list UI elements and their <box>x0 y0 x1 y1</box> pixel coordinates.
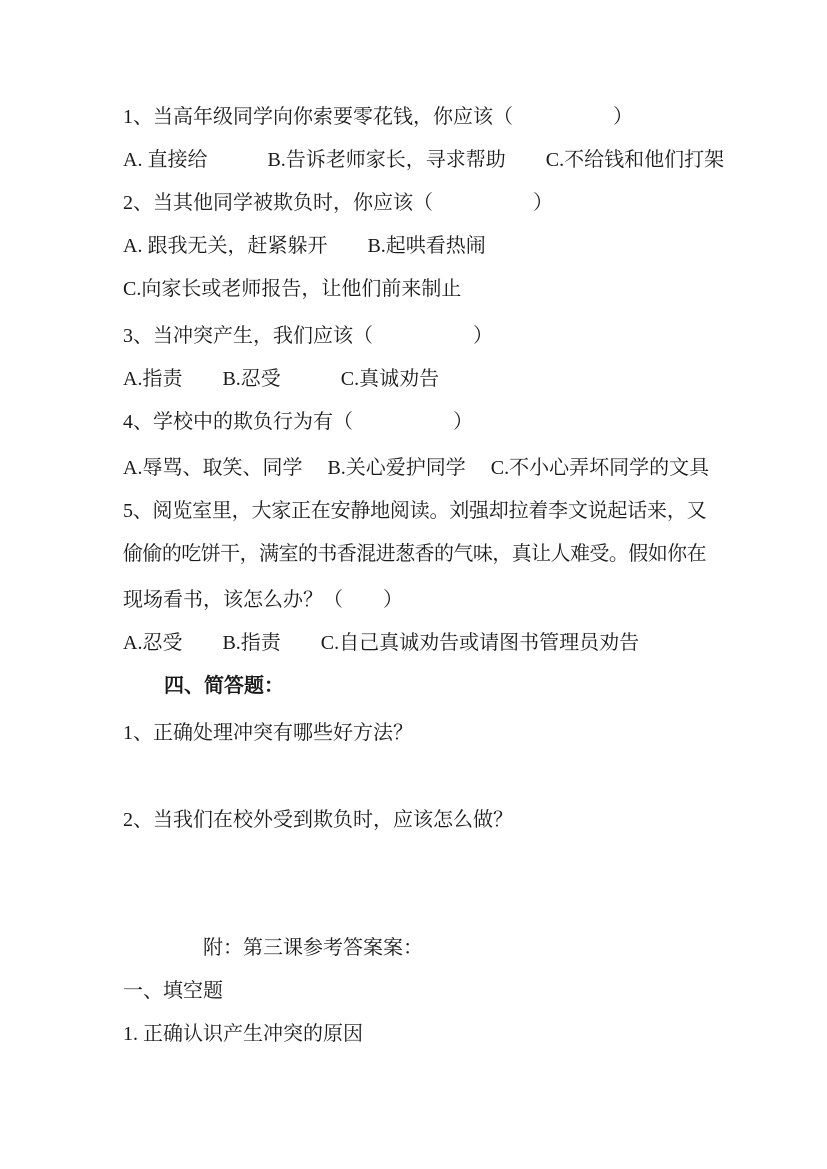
answer-fill-in-item-1: 1. 正确认识产生冲突的原因 <box>123 1013 706 1056</box>
question-5-line-2: 偷偷的吃饼干，满室的书香混进葱香的气味，真让人难受。假如你在 <box>123 533 706 576</box>
question-1: 1、当高年级同学向你索要零花钱，你应该（ ） <box>123 96 706 139</box>
question-4-options: A.辱骂、取笑、同学 B.关心爱护同学 C.不小心弄坏同学的文具 <box>123 447 706 490</box>
question-2-options-ab: A. 跟我无关，赶紧躲开 B.起哄看热闹 <box>123 225 706 268</box>
short-answer-question-1: 1、正确处理冲突有哪些好方法？ <box>123 712 706 755</box>
question-2: 2、当其他同学被欺负时，你应该（ ） <box>123 182 706 225</box>
question-3-options: A.指责 B.忍受 C.真诚劝告 <box>123 358 706 401</box>
question-4: 4、学校中的欺负行为有（ ） <box>123 401 706 444</box>
answer-section-1-heading: 一、填空题 <box>123 970 706 1013</box>
question-5-line-1: 5、阅览室里，大家正在安静地阅读。刘强却拉着李文说起话来，又 <box>123 490 706 533</box>
question-5-line-3: 现场看书，该怎么办？（ ） <box>123 579 706 622</box>
question-2-option-c: C.向家长或老师报告，让他们前来制止 <box>123 268 706 311</box>
question-3: 3、当冲突产生，我们应该（ ） <box>123 315 706 358</box>
appendix-heading: 附：第三课参考答案案： <box>123 927 786 970</box>
question-5-options: A.忍受 B.指责 C.自己真诚劝告或请图书管理员劝告 <box>123 622 706 665</box>
section-4-heading: 四、简答题： <box>123 665 747 708</box>
question-1-options: A. 直接给 B.告诉老师家长，寻求帮助 C.不给钱和他们打架 <box>123 139 706 182</box>
short-answer-question-2: 2、当我们在校外受到欺负时，应该怎么做？ <box>123 799 706 842</box>
document-page: 1、当高年级同学向你索要零花钱，你应该（ ） A. 直接给 B.告诉老师家长，寻… <box>0 0 827 1169</box>
